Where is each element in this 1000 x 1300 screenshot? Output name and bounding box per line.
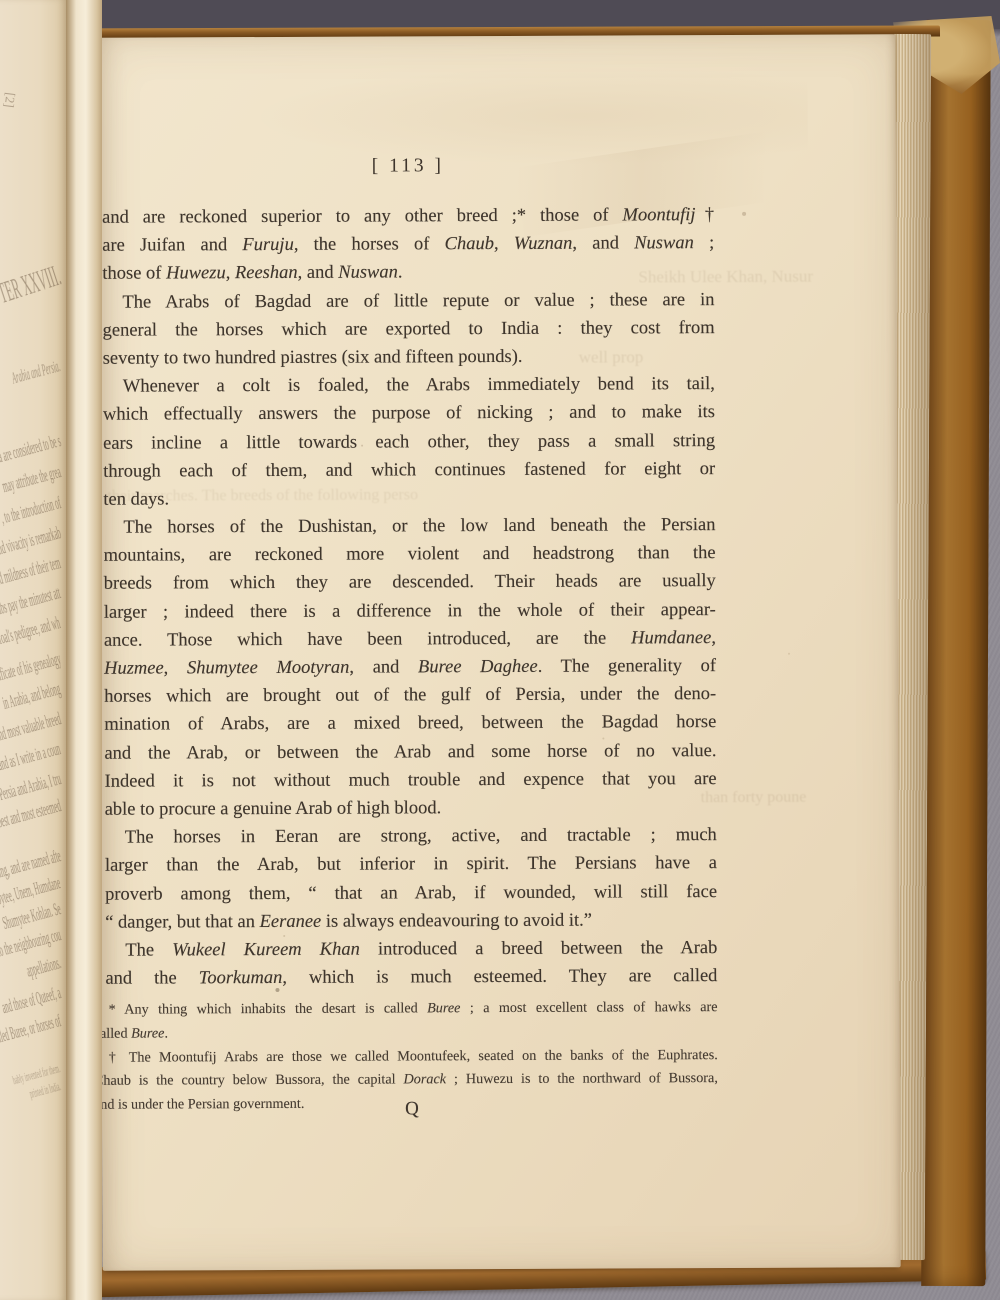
roman-text: The Arabs of Bagdad are of little repute… (122, 290, 714, 313)
body-line: The Wukeel Kureem Khan introduced a bree… (105, 934, 717, 965)
roman-text: ; Huwezu is to the northward of Bussora, (446, 1070, 718, 1087)
body-line: The horses in Eeran are strong, active, … (105, 821, 717, 852)
facing-page: [2] CHAPTER XXVIII.Arabia and Persia.sia… (0, 0, 66, 1300)
italic-text: Buree (427, 1000, 460, 1016)
footnote-line: † The Moontufij Arabs are those we calle… (94, 1044, 718, 1071)
roman-text: and the (105, 968, 198, 988)
roman-text: , (226, 264, 235, 284)
roman-text: † The Moontufij Arabs are those we calle… (109, 1047, 718, 1066)
body-line: Indeed it is not without much trouble an… (104, 765, 716, 796)
body-line: mountains, are reckoned more violent and… (104, 539, 716, 570)
roman-text: mountains, are reckoned more violent and… (104, 543, 716, 566)
roman-text: those of (102, 264, 166, 284)
body-line: and are reckoned superior to any other b… (102, 201, 714, 232)
roman-text: . (398, 263, 403, 283)
roman-text: horses which are brought out of the gulf… (104, 684, 716, 707)
roman-text: , and (298, 263, 339, 283)
body-line: The horses of the Dushistan, or the low … (103, 511, 715, 542)
footnote-line: Chaub is the country below Bussora, the … (94, 1067, 718, 1094)
roman-text: which effectually answers the purpose of… (103, 402, 715, 425)
roman-text: ears incline a little towards each other… (103, 431, 715, 454)
roman-text: breeds from which they are descended. Th… (104, 571, 716, 594)
roman-text: are Juifan and (102, 235, 242, 256)
roman-text: seventy to two hundred piastres (six and… (103, 347, 523, 369)
roman-text: larger than the Arab, but inferior in sp… (105, 853, 717, 876)
body-line: are Juifan and Furuju, the horses of Cha… (102, 229, 714, 260)
italic-text: Furuju (242, 235, 293, 255)
roman-text: . The generality of (538, 656, 716, 677)
roman-text: ; a most excellent class of hawks are (460, 999, 717, 1016)
body-line: “ danger, but that an Eeranee is always … (105, 906, 717, 937)
body-line: The Arabs of Bagdad are of little repute… (102, 286, 714, 317)
roman-text: The horses in Eeran are strong, active, … (125, 825, 717, 848)
body-line: ears incline a little towards each other… (103, 427, 715, 458)
body-line: mination of Arabs, are a mixed breed, be… (104, 708, 716, 739)
body-line: Huzmee, Shumytee Mootyran, and Buree Dag… (104, 652, 716, 683)
roman-text: able to procure a genuine Arab of high b… (105, 798, 442, 819)
italic-text: Wuznan (514, 234, 573, 254)
roman-text: . (164, 1025, 168, 1041)
body-line: horses which are brought out of the gulf… (104, 680, 716, 711)
body-line: those of Huwezu, Reeshan, and Nuswan. (102, 257, 714, 288)
roman-text: and are reckoned superior to any other b… (102, 205, 623, 227)
roman-text: “ danger, but that an (105, 912, 259, 933)
facing-page-text-fragment: CHAPTER XXVIII. (0, 259, 65, 320)
roman-text: , which is much esteemed. They are calle… (282, 966, 717, 988)
roman-text: through each of them, and which continue… (103, 459, 715, 482)
background-dark-band (0, 0, 1000, 29)
facing-page-corner-mark: [2] (1, 91, 19, 108)
italic-text: Moontufij (622, 205, 695, 225)
roman-text: ten days. (103, 489, 169, 509)
body-line: seventy to two hundred piastres (six and… (103, 342, 715, 373)
roman-text: and the Arab, or between the Arab and so… (104, 741, 716, 764)
body-line: and the Arab, or between the Arab and so… (104, 737, 716, 768)
roman-text: proverb among them, “ that an Arab, if w… (105, 882, 717, 905)
leather-cover-right-board (921, 20, 991, 1286)
italic-text: Wukeel Kureem Khan (172, 939, 360, 960)
facing-page-text-fragment: heir foal's pedigree, and wh (0, 612, 63, 652)
facing-page-text-fragment: may attribute the grea (0, 461, 63, 497)
italic-text: Reeshan (235, 263, 298, 283)
italic-text: Humdanee (631, 628, 711, 648)
italic-text: Shumytee Mootyran (187, 658, 350, 679)
body-line: which effectually answers the purpose of… (103, 398, 715, 429)
roman-text: , (494, 234, 514, 254)
footnote-line: called Buree. (94, 1020, 718, 1047)
body-line: and the Toorkuman, which is much esteeme… (105, 962, 717, 993)
body-line: proverb among them, “ that an Arab, if w… (105, 878, 717, 909)
body-line: larger than the Arab, but inferior in sp… (105, 849, 717, 880)
body-line: able to procure a genuine Arab of high b… (105, 793, 717, 824)
roman-text: ance. Those which have been introduced, … (104, 628, 631, 650)
facing-page-text-fragment: appellations. (24, 952, 63, 981)
roman-text: Indeed it is not without much trouble an… (105, 769, 717, 792)
roman-text: mination of Arabs, are a mixed breed, be… (104, 712, 716, 735)
italic-text: Dorack (403, 1072, 446, 1088)
italic-text: Chaub (445, 234, 494, 254)
body-line: breeds from which they are descended. Th… (104, 567, 716, 598)
body-line: general the horses which are exported to… (103, 314, 715, 345)
italic-text: Nuswan (338, 263, 398, 283)
gutter-page-curl (66, 0, 102, 1300)
page-number: [ 113 ] (102, 154, 714, 179)
roman-text: Chaub is the country below Bussora, the … (94, 1072, 404, 1089)
body-line: ten days. (103, 483, 715, 514)
body-line: through each of them, and which continue… (103, 455, 715, 486)
roman-text: * Any thing which inhabits the desart is… (109, 1000, 428, 1017)
italic-text: Eeranee (260, 911, 322, 931)
roman-text: ; (694, 233, 714, 253)
italic-text: Huzmee (104, 658, 164, 678)
italic-text: Nuswan (634, 233, 694, 253)
roman-text: general the horses which are exported to… (103, 318, 715, 341)
roman-text: The horses of the Dushistan, or the low … (123, 515, 715, 538)
book-page: Sheikh Ulee Khan, Nusurwell proptheir ma… (97, 34, 900, 1270)
italic-text: Buree Daghee (418, 657, 538, 678)
facing-page-text-fragment: Arabia and Persia. (10, 356, 63, 388)
italic-text: Toorkuman (199, 968, 283, 988)
roman-text: introduced a breed between the Arab (360, 938, 718, 960)
book-photograph: Sheikh Ulee Khan, Nusurwell proptheir ma… (0, 0, 1000, 1300)
body-line: larger ; indeed there is a difference in… (104, 596, 716, 627)
italic-text: Huwezu (166, 264, 226, 284)
roman-text: † (695, 205, 714, 225)
body-line: Whenever a colt is foaled, the Arabs imm… (103, 370, 715, 401)
roman-text: is always endeavouring to avoid it.” (321, 910, 592, 931)
roman-text: The (125, 940, 172, 960)
roman-text: , the horses of (294, 234, 445, 255)
body-text: and are reckoned superior to any other b… (102, 201, 717, 993)
roman-text: , and (349, 657, 418, 677)
roman-text: , (711, 628, 716, 648)
roman-text: larger ; indeed there is a difference in… (104, 600, 716, 623)
italic-text: Buree (131, 1025, 164, 1041)
roman-text: , (164, 658, 187, 678)
roman-text: , and (572, 234, 634, 254)
body-line: ance. Those which have been introduced, … (104, 624, 716, 655)
footnote-line: * Any thing which inhabits the desart is… (94, 996, 718, 1023)
signature-mark: Q (106, 1097, 718, 1122)
roman-text: Whenever a colt is foaled, the Arabs imm… (123, 374, 715, 397)
